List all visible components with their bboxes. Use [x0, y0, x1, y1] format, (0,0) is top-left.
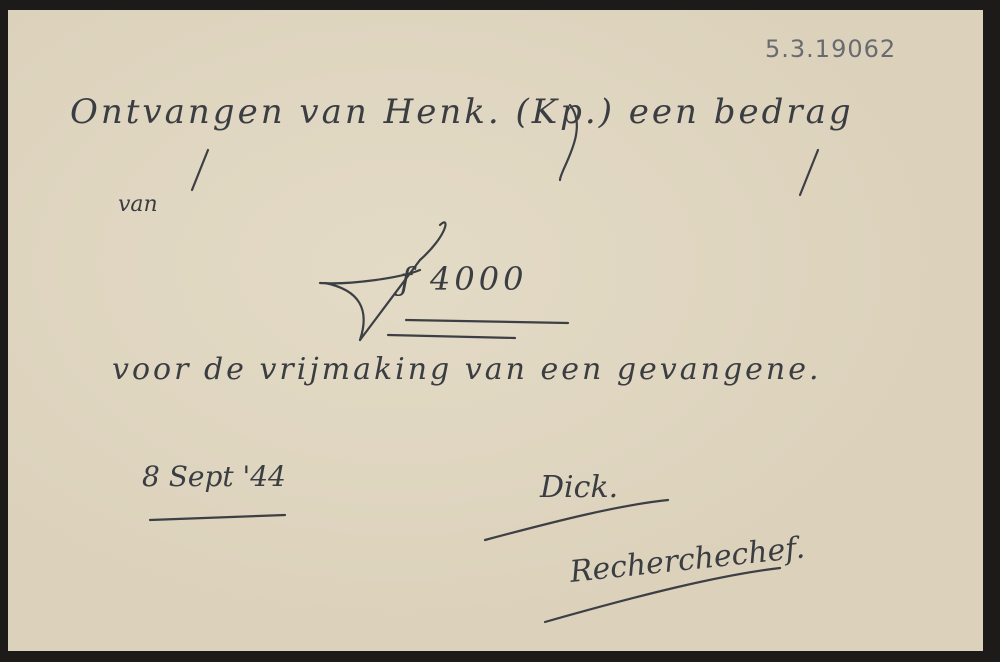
receipt-date: 8 Sept '44	[142, 460, 286, 493]
archive-number: 5.3.19062	[765, 35, 896, 63]
receipt-line-received-from: Ontvangen van Henk. (Kp.) een bedrag	[70, 92, 854, 132]
receipt-line-purpose: voor de vrijmaking van een gevangene.	[112, 352, 822, 387]
receipt-amount: ƒ 4000	[400, 260, 527, 298]
signature-name: Dick.	[540, 470, 618, 505]
receipt-line-van: van	[118, 192, 158, 217]
